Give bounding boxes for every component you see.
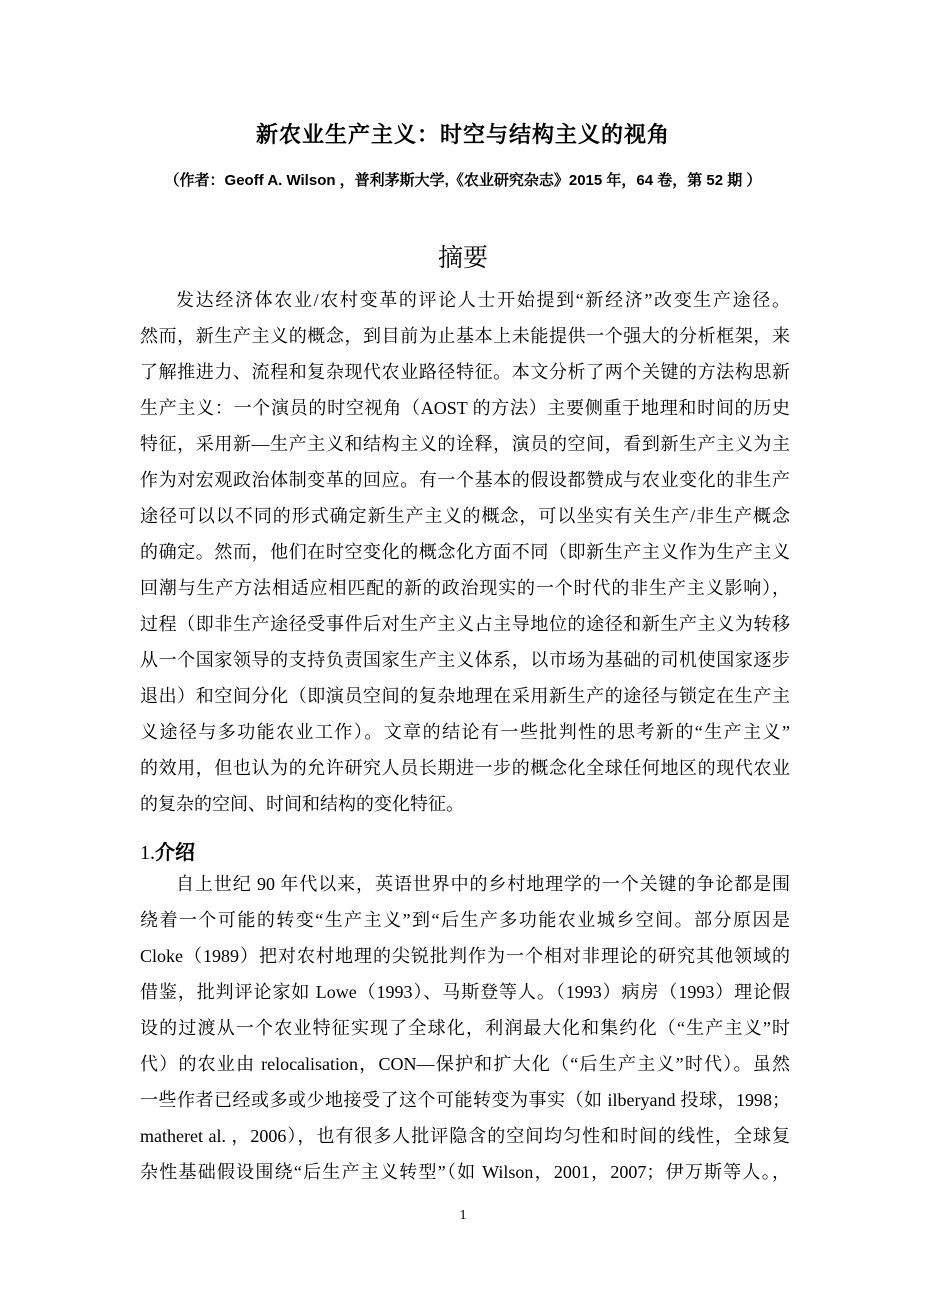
text-line: 借鉴，批判评论家如 Lowe（1993）、马斯登等人。（1993）病房（1993…: [140, 974, 790, 1010]
text-line: 从一个国家领导的支持负责国家生产主义体系，以市场为基础的司机使国家逐步: [140, 642, 790, 678]
page-number: 1: [0, 1208, 926, 1224]
text-line: matheret al. ，2006），也有很多人批评隐含的空间均匀性和时间的线…: [140, 1118, 790, 1154]
introduction-heading: 1.介绍: [140, 836, 790, 865]
text-line: 一些作者已经或多或少地接受了这个可能转变为事实（如 ilberyand 投球，1…: [140, 1082, 790, 1118]
text-line: 绕着一个可能的转变“生产主义”到“后生产多功能农业城乡空间。部分原因是: [140, 902, 790, 938]
text-line: Cloke（1989）把对农村地理的尖锐批判作为一个相对非理论的研究其他领域的: [140, 938, 790, 974]
document-page: 新农业生产主义：时空与结构主义的视角 （作者：Geoff A. Wilson ，…: [0, 0, 926, 1309]
text-line: 退出）和空间分化（即演员空间的复杂地理在采用新生产的途径与锁定在生产主: [140, 678, 790, 714]
author-byline: （作者：Geoff A. Wilson ，普利茅斯大学,《农业研究杂志》2015…: [98, 169, 828, 190]
text-line: 途径可以以不同的形式确定新生产主义的概念，可以坐实有关生产/非生产概念: [140, 498, 790, 534]
text-line: 的复杂的空间、时间和结构的变化特征。: [140, 786, 790, 822]
text-line: 自上世纪 90 年代以来，英语世界中的乡村地理学的一个关键的争论都是围: [140, 866, 790, 902]
text-line: 杂性基础假设围绕“后生产主义转型”（如 Wilson，2001，2007；伊万斯…: [140, 1154, 790, 1190]
text-line: 义途径与多功能农业工作）。文章的结论有一些批判性的思考新的“生产主义”: [140, 714, 790, 750]
paper-title: 新农业生产主义：时空与结构主义的视角: [138, 118, 788, 149]
text-line: 生产主义：一个演员的时空视角（AOST 的方法）主要侧重于地理和时间的历史: [140, 390, 790, 426]
text-line: 设的过渡从一个农业特征实现了全球化，利润最大化和集约化（“生产主义”时: [140, 1010, 790, 1046]
section-number: 1.: [140, 842, 155, 864]
text-line: 回潮与生产方法相适应相匹配的新的政治现实的一个时代的非生产主义影响），: [140, 570, 790, 606]
section-title: 介绍: [155, 842, 195, 864]
text-line: 了解推进力、流程和复杂现代农业路径特征。本文分析了两个关键的方法构思新: [140, 354, 790, 390]
abstract-heading: 摘要: [138, 238, 788, 274]
introduction-paragraph: 自上世纪 90 年代以来，英语世界中的乡村地理学的一个关键的争论都是围绕着一个可…: [140, 866, 790, 1190]
text-line: 作为对宏观政治体制变革的回应。有一个基本的假设都赞成与农业变化的非生产: [140, 462, 790, 498]
text-line: 发达经济体农业/农村变革的评论人士开始提到“新经济”改变生产途径。: [140, 282, 790, 318]
text-line: 代）的农业由 relocalisation，CON—保护和扩大化（“后生产主义”…: [140, 1046, 790, 1082]
abstract-paragraph: 发达经济体农业/农村变革的评论人士开始提到“新经济”改变生产途径。然而，新生产主…: [140, 282, 790, 822]
text-line: 特征，采用新—生产主义和结构主义的诠释，演员的空间，看到新生产主义为主: [140, 426, 790, 462]
text-line: 的效用，但也认为的允许研究人员长期进一步的概念化全球任何地区的现代农业: [140, 750, 790, 786]
text-line: 的确定。然而，他们在时空变化的概念化方面不同（即新生产主义作为生产主义: [140, 534, 790, 570]
text-line: 过程（即非生产途径受事件后对生产主义占主导地位的途径和新生产主义为转移: [140, 606, 790, 642]
text-line: 然而，新生产主义的概念，到目前为止基本上未能提供一个强大的分析框架，来: [140, 318, 790, 354]
